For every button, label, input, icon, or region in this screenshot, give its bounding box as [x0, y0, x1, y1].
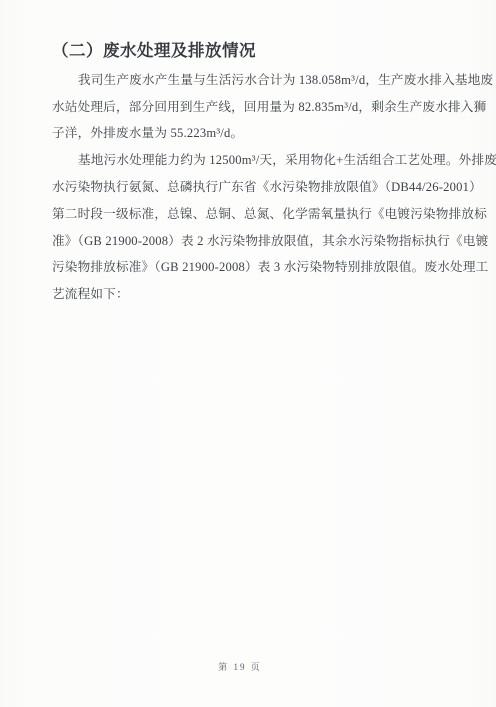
page-number: 第 19 页	[0, 660, 480, 673]
document-body: 我司生产废水产生量与生活污水合计为 138.058m³/d，生产废水排入基地废水…	[52, 65, 478, 306]
text-line: 艺流程如下：	[52, 279, 478, 306]
scanned-document-page: （二）废水处理及排放情况 我司生产废水产生量与生活污水合计为 138.058m³…	[0, 0, 496, 707]
text-line: 水污染物执行氨氮、总磷执行广东省《水污染物排放限值》（DB44/26-2001）	[52, 172, 478, 199]
text-line: 水站处理后，部分回用到生产线，回用量为 82.835m³/d，剩余生产废水排入狮	[52, 92, 478, 119]
section-heading: （二）废水处理及排放情况	[52, 41, 256, 61]
text-line: 准》（GB 21900-2008）表 2 水污染物排放限值，其余水污染物指标执行…	[52, 226, 478, 253]
paragraph: 我司生产废水产生量与生活污水合计为 138.058m³/d，生产废水排入基地废水…	[52, 65, 478, 145]
text-line: 污染物排放标准》（GB 21900-2008）表 3 水污染物特别排放限值。废水…	[52, 253, 478, 280]
paragraph: 基地污水处理能力约为 12500m³/天，采用物化+生活组合工艺处理。外排废水污…	[52, 145, 478, 306]
text-line: 我司生产废水产生量与生活污水合计为 138.058m³/d，生产废水排入基地废	[52, 65, 478, 92]
text-line: 基地污水处理能力约为 12500m³/天，采用物化+生活组合工艺处理。外排废	[52, 145, 478, 172]
text-line: 子洋，外排废水量为 55.223m³/d。	[52, 119, 478, 146]
text-line: 第二时段一级标准，总镍、总铜、总氮、化学需氧量执行《电镀污染物排放标	[52, 199, 478, 226]
